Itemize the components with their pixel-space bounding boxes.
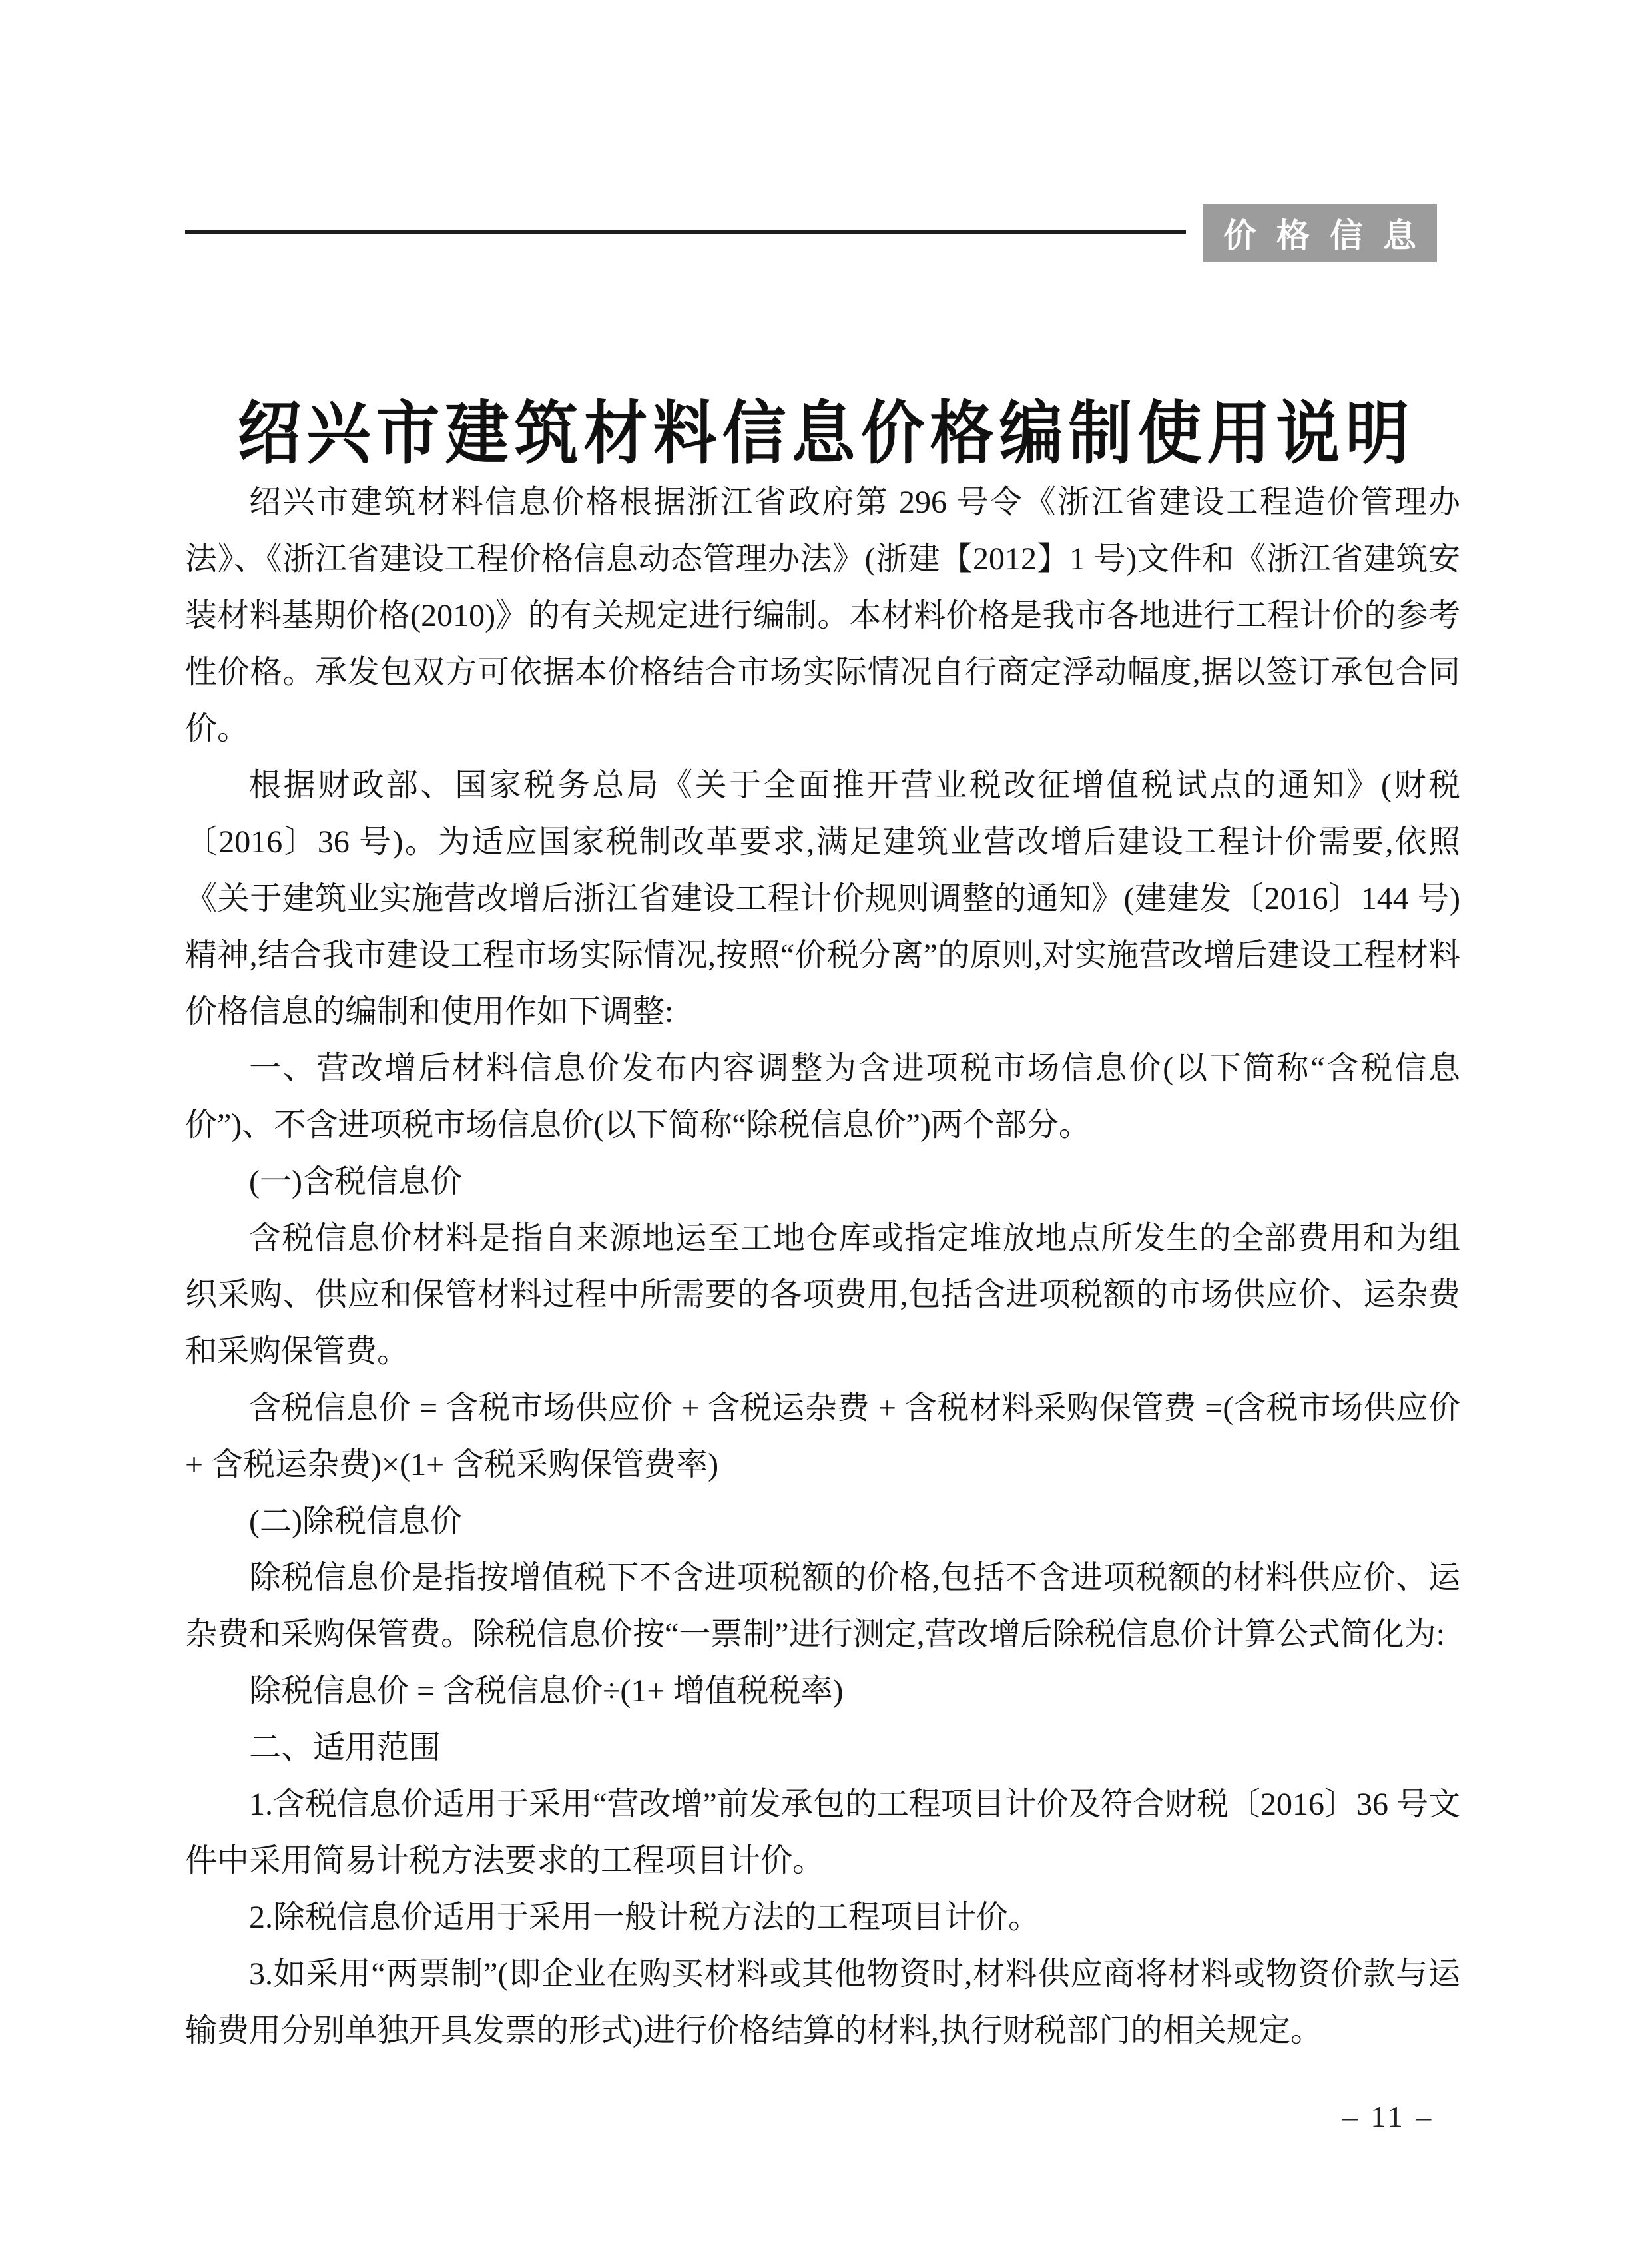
document-body: 绍兴市建筑材料信息价格根据浙江省政府第 296 号令《浙江省建设工程造价管理办法… xyxy=(185,474,1460,2059)
paragraph-scope-1: 1.含税信息价适用于采用“营改增”前发承包的工程项目计价及符合财税〔2016〕3… xyxy=(185,1776,1460,1889)
page-number: – 11 – xyxy=(1342,2099,1434,2134)
section-badge: 价格信息 xyxy=(1203,204,1437,262)
header-rule xyxy=(185,230,1186,234)
paragraph-intro: 绍兴市建筑材料信息价格根据浙江省政府第 296 号令《浙江省建设工程造价管理办法… xyxy=(185,474,1460,757)
paragraph-scope-3: 3.如采用“两票制”(即企业在购买材料或其他物资时,材料供应商将材料或物资价款与… xyxy=(185,1946,1460,2059)
formula-included-tax: 含税信息价 = 含税市场供应价 + 含税运杂费 + 含税材料采购保管费 =(含税… xyxy=(185,1380,1460,1493)
paragraph-adjustment-1: 一、营改增后材料信息价发布内容调整为含进项税市场信息价(以下简称“含税信息价”)… xyxy=(185,1040,1460,1153)
heading-excluded-tax: (二)除税信息价 xyxy=(185,1493,1460,1550)
paragraph-scope-2: 2.除税信息价适用于采用一般计税方法的工程项目计价。 xyxy=(185,1889,1460,1946)
document-page: 价格信息 绍兴市建筑材料信息价格编制使用说明 绍兴市建筑材料信息价格根据浙江省政… xyxy=(0,0,1652,2258)
page-title: 绍兴市建筑材料信息价格编制使用说明 xyxy=(0,379,1652,477)
paragraph-excluded-tax-def: 除税信息价是指按增值税下不含进项税额的价格,包括不含进项税额的材料供应价、运杂费… xyxy=(185,1550,1460,1663)
heading-included-tax: (一)含税信息价 xyxy=(185,1153,1460,1210)
paragraph-tax-reform: 根据财政部、国家税务总局《关于全面推开营业税改征增值税试点的通知》(财税〔201… xyxy=(185,757,1460,1040)
section-badge-label: 价格信息 xyxy=(1223,209,1436,257)
paragraph-included-tax-def: 含税信息价材料是指自来源地运至工地仓库或指定堆放地点所发生的全部费用和为组织采购… xyxy=(185,1210,1460,1380)
heading-scope: 二、适用范围 xyxy=(185,1719,1460,1776)
formula-excluded-tax: 除税信息价 = 含税信息价÷(1+ 增值税税率) xyxy=(185,1663,1460,1719)
